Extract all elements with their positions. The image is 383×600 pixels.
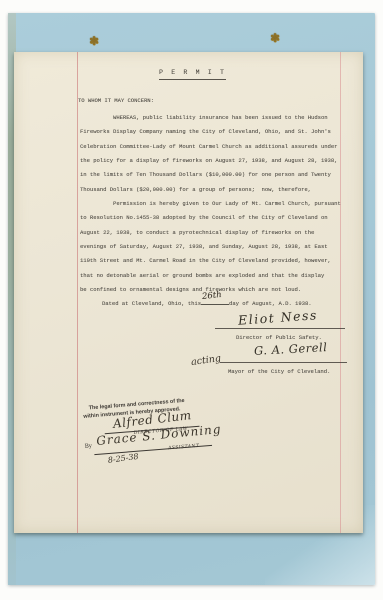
assistant-title: ASSISTANT (168, 444, 200, 451)
director-signature-line (215, 328, 345, 329)
document-title: P E R M I T (159, 69, 226, 80)
mayor-title: Mayor of the City of Cleveland. (228, 365, 330, 379)
acting-mayor-signature: G. A. Gerell (254, 340, 328, 358)
salutation: TO WHOM IT MAY CONCERN: (78, 94, 154, 108)
margin-rule-left (77, 52, 78, 533)
handwritten-day: 26th (201, 288, 222, 304)
dated-suffix: day of August, A.D. 1938. (229, 300, 312, 307)
mayor-signature-line (220, 362, 347, 363)
dated-prefix: Dated at Cleveland, Ohio, this (102, 300, 201, 307)
handwritten-approval-date: 8-25-38 (107, 452, 139, 465)
brass-fastener-icon: ✽ (89, 35, 99, 47)
brass-fastener-icon: ✽ (270, 32, 280, 44)
permit-document-page: P E R M I T TO WHOM IT MAY CONCERN: WHER… (14, 52, 363, 533)
document-body: WHEREAS, public liability insurance has … (80, 111, 352, 297)
handwritten-acting-word: acting (190, 353, 221, 368)
by-label: By (85, 443, 93, 450)
law-approval-stamp: The legal form and correctness of the wi… (81, 391, 261, 477)
scanned-permit-photo: ✽ ✽ P E R M I T TO WHOM IT MAY CONCERN: … (0, 0, 383, 600)
handwritten-day-slot: 26th (201, 297, 229, 305)
